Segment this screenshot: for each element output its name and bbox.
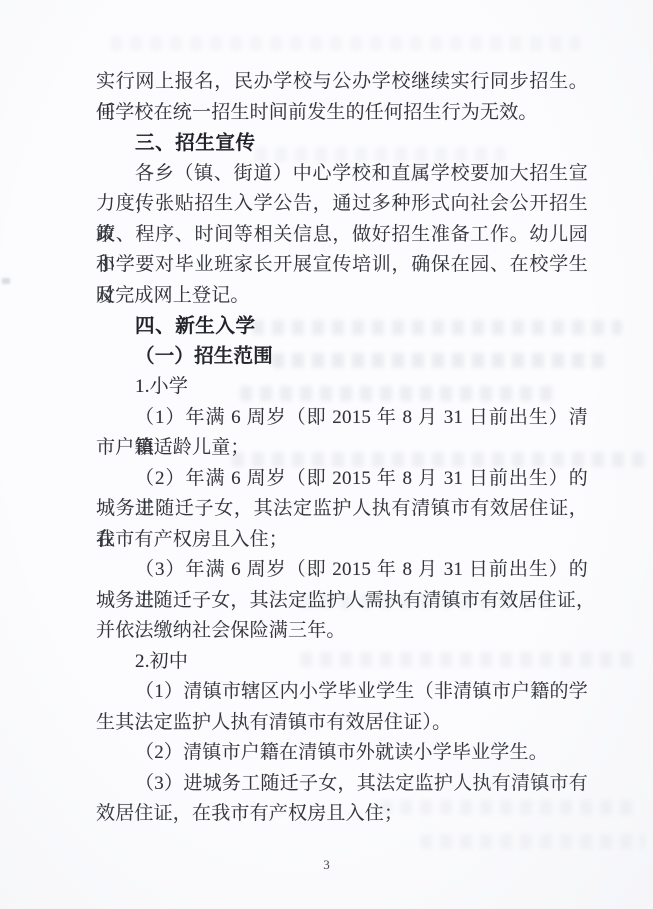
document-page: 实行网上报名，民办学校与公办学校继续实行同步招生。任何学校在统一招生时间前发生的…	[0, 0, 653, 909]
text-line: 小学要对毕业班家长开展宣传培训，确保在园、在校学生及	[96, 250, 588, 281]
text-line: （一）招生范围	[96, 342, 588, 373]
text-line: 四、新生入学	[96, 311, 588, 342]
bleedthrough-artifact	[110, 36, 580, 51]
text-line: 生其法定监护人执有清镇市有效居住证）。	[96, 708, 588, 739]
text-line: 城务工随迁子女，其法定监护人需执有清镇市有效居住证，	[96, 586, 588, 617]
text-line: 三、招生宣传	[96, 128, 588, 159]
text-line: （1）年满 6 周岁（即 2015 年 8 月 31 日前出生）清镇	[96, 403, 588, 434]
text-line: 实行网上报名，民办学校与公办学校继续实行同步招生。任	[96, 67, 588, 98]
text-line: 策、程序、时间等相关信息，做好招生准备工作。幼儿园和	[96, 220, 588, 251]
text-line: 城务工随迁子女，其法定监护人执有清镇市有效居住证，在	[96, 494, 588, 525]
bleedthrough-artifact	[420, 834, 645, 849]
text-line: （2）清镇市户籍在清镇市外就读小学毕业学生。	[96, 738, 588, 769]
text-line: 效居住证，在我市有产权房且入住；	[96, 799, 588, 830]
text-line: 1.小学	[96, 372, 588, 403]
text-line: 2.初中	[96, 647, 588, 678]
text-line: 何学校在统一招生时间前发生的任何招生行为无效。	[96, 98, 588, 129]
text-line: 各乡（镇、街道）中心学校和直属学校要加大招生宣传	[96, 159, 588, 190]
text-line: 时完成网上登记。	[96, 281, 588, 312]
text-line: 我市有产权房且入住；	[96, 525, 588, 556]
text-line: （1）清镇市辖区内小学毕业学生（非清镇市户籍的学	[96, 677, 588, 708]
text-line: （3）进城务工随迁子女，其法定监护人执有清镇市有	[96, 769, 588, 800]
scan-speck-artifact	[2, 278, 10, 284]
text-line: 力度，张贴招生入学公告，通过多种形式向社会公开招生政	[96, 189, 588, 220]
page-number: 3	[0, 857, 653, 873]
document-body: 实行网上报名，民办学校与公办学校继续实行同步招生。任何学校在统一招生时间前发生的…	[96, 67, 588, 830]
text-line: 市户籍适龄儿童；	[96, 433, 588, 464]
text-line: （3）年满 6 周岁（即 2015 年 8 月 31 日前出生）的进	[96, 555, 588, 586]
text-line: （2）年满 6 周岁（即 2015 年 8 月 31 日前出生）的进	[96, 464, 588, 495]
text-line: 并依法缴纳社会保险满三年。	[96, 616, 588, 647]
